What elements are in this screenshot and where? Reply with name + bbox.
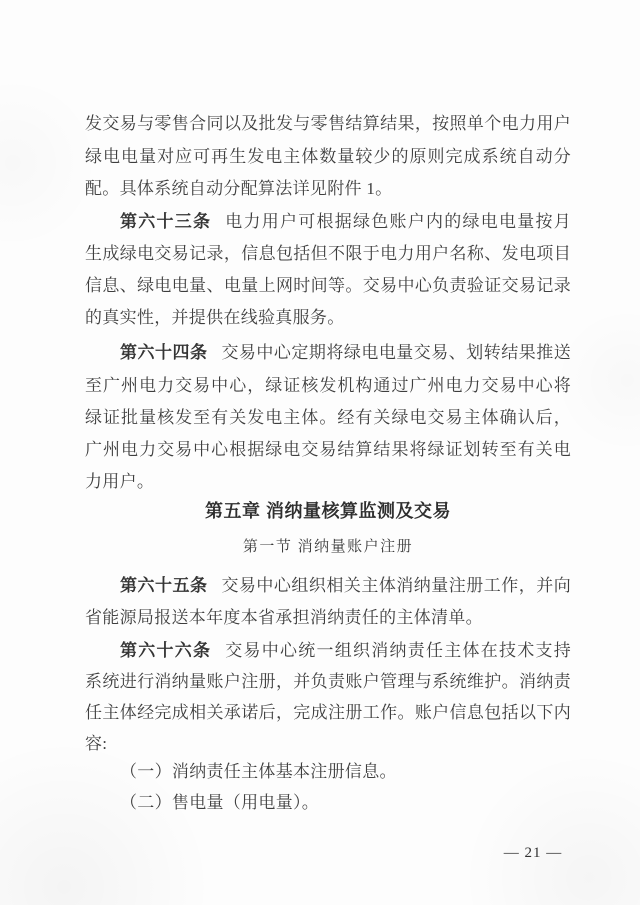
body-line: 信息、绿电电量、电量上网时间等。交易中心负责验证交易记录 <box>85 274 571 298</box>
article-66-text: 交易中心统一组织消纳责任主体在技术支持 <box>225 641 571 660</box>
list-item-2: （二）售电量（用电量）。 <box>85 791 571 815</box>
document-page: 发交易与零售合同以及批发与零售结算结果，按照单个电力用户 绿电电量对应可再生发电… <box>0 0 640 905</box>
body-line: 发交易与零售合同以及批发与零售结算结果，按照单个电力用户 <box>85 112 571 136</box>
chapter-heading: 第五章 消纳量核算监测及交易 <box>85 498 571 524</box>
body-line: 任主体经完成相关承诺后，完成注册工作。账户信息包括以下内 <box>85 701 571 725</box>
article-66-number: 第六十六条 <box>120 641 211 660</box>
article-63-text: 电力用户可根据绿色账户内的绿电电量按月 <box>225 212 571 231</box>
article-64-first-line: 第六十四条交易中心定期将绿电电量交易、划转结果推送 <box>85 341 571 365</box>
body-line: 省能源局报送本年度本省承担消纳责任的主体清单。 <box>85 606 571 630</box>
article-63-first-line: 第六十三条电力用户可根据绿色账户内的绿电电量按月 <box>85 210 571 234</box>
article-66-first-line: 第六十六条交易中心统一组织消纳责任主体在技术支持 <box>85 639 571 663</box>
page-number: — 21 — <box>495 843 571 863</box>
body-line: 广州电力交易中心根据绿电交易结算结果将绿证划转至有关电 <box>85 438 571 462</box>
body-line: 绿证批量核发至有关发电主体。经有关绿电交易主体确认后， <box>85 406 571 430</box>
article-64-number: 第六十四条 <box>120 343 207 362</box>
article-65-number: 第六十五条 <box>120 576 207 595</box>
list-item-1: （一）消纳责任主体基本注册信息。 <box>85 760 571 784</box>
article-64-text: 交易中心定期将绿电电量交易、划转结果推送 <box>221 343 571 362</box>
body-line: 配。具体系统自动分配算法详见附件 1。 <box>85 177 571 201</box>
article-65-first-line: 第六十五条交易中心组织相关主体消纳量注册工作，并向 <box>85 574 571 598</box>
article-63-number: 第六十三条 <box>120 212 211 231</box>
body-line: 生成绿电交易记录，信息包括但不限于电力用户名称、发电项目 <box>85 242 571 266</box>
article-65-text: 交易中心组织相关主体消纳量注册工作，并向 <box>221 576 571 595</box>
body-line: 系统进行消纳量账户注册，并负责账户管理与系统维护。消纳责 <box>85 670 571 694</box>
body-line: 至广州电力交易中心，绿证核发机构通过广州电力交易中心将 <box>85 374 571 398</box>
section-heading: 第一节 消纳量账户注册 <box>85 536 571 558</box>
body-line: 容: <box>85 732 571 756</box>
body-line: 的真实性，并提供在线验真服务。 <box>85 306 571 330</box>
body-line: 力用户。 <box>85 470 571 494</box>
body-line: 绿电电量对应可再生发电主体数量较少的原则完成系统自动分 <box>85 145 571 169</box>
